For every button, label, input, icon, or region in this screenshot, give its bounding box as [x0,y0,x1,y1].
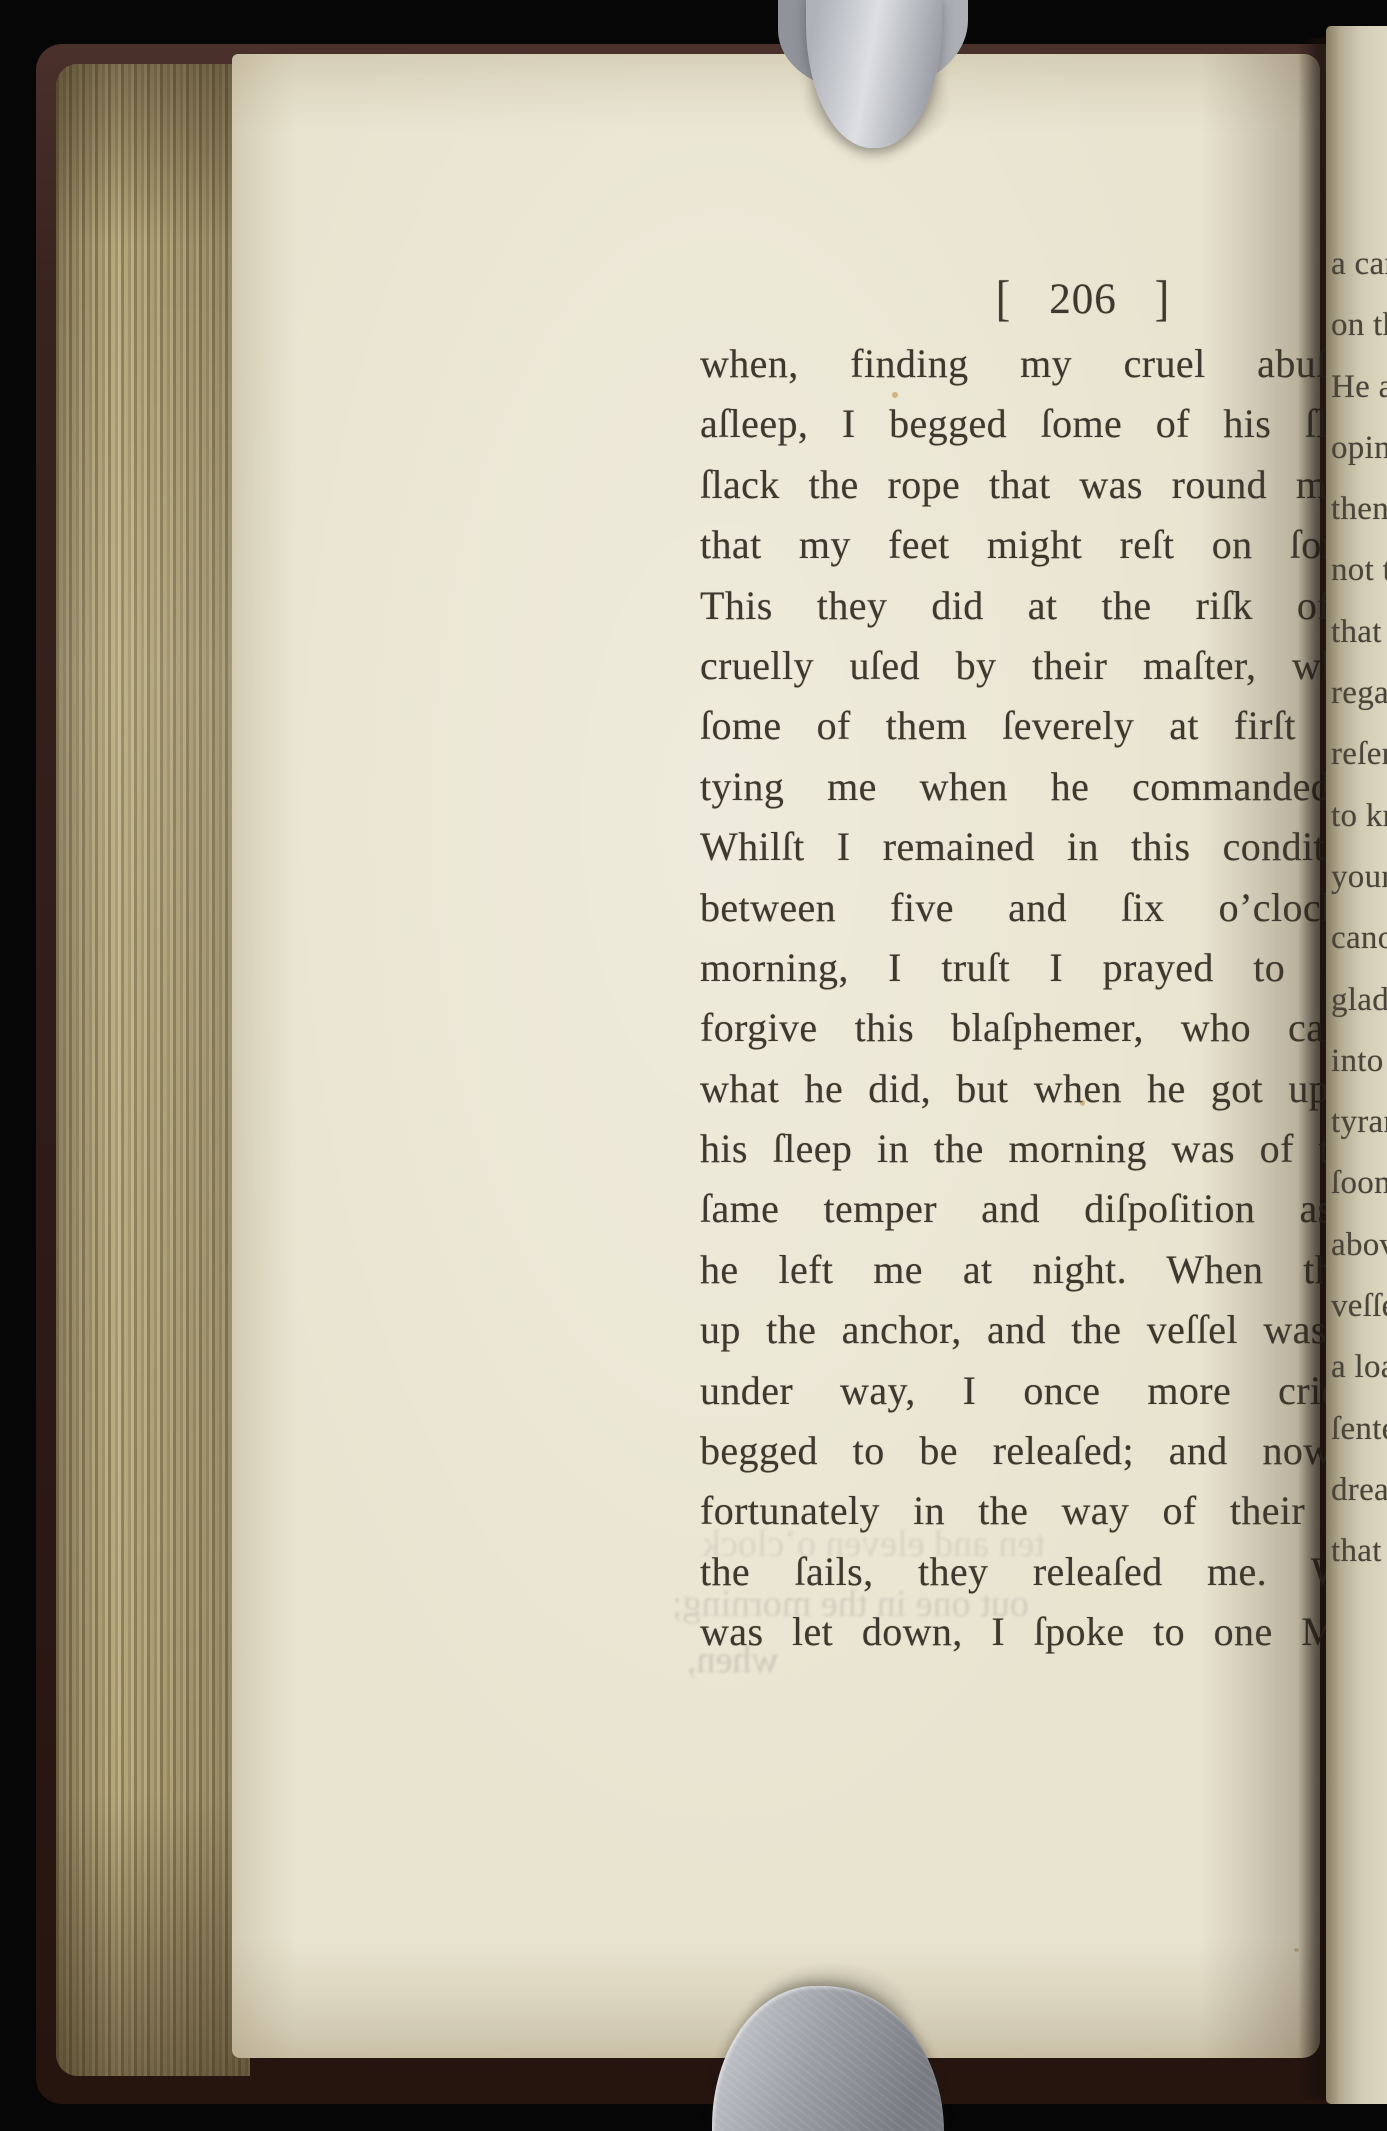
page-edge-fragment: opinion [1331,418,1387,479]
text-line: the ſails, they releaſed me. When I [700,1542,1387,1602]
text-line: ſome of them ſeverely at firſt for not [700,696,1387,756]
text-line: begged to be releaſed; and now, being [700,1421,1387,1481]
page-edge-fragment: that I [1331,602,1387,663]
page-edge-stack [56,64,250,2076]
page-edge-fragment: gladde [1331,970,1387,1031]
catchword: a car- [700,1663,1387,1723]
page-edge-fragment: then w [1331,479,1387,540]
text-line: fortunately in the way of their hoiſting [700,1481,1387,1541]
page-edge-fragment: dreadf [1331,1460,1387,1521]
page-number-header: [206] [700,274,1387,334]
text-line: his ſleep in the morning was of the very [700,1119,1387,1179]
text-line: ſame temper and diſpoſition as when [700,1179,1387,1239]
text-line: up the anchor, and the veſſel was gettin… [700,1300,1387,1360]
page-edge-fragment: He alſo [1331,357,1387,418]
text-line: forgive this blaſphemer, who cared not [700,998,1387,1058]
page-edge-fragment: canoe [1331,908,1387,969]
text-line: ſlack the rope that was round my body, [700,455,1387,515]
page-edge-fragment: not to [1331,540,1387,601]
text-line: when, finding my cruel abuſer faſt [700,334,1387,394]
page-edge-fragment: regard [1331,663,1387,724]
page-edge-fragment: tyrant [1331,1092,1387,1153]
text-line: aſleep, I begged ſome of his ſlaves to [700,394,1387,454]
page-edge-fragment: ſented [1331,1399,1387,1460]
page-edge-fragment: veſſel, [1331,1276,1387,1337]
text-line: what he did, but when he got up out of [700,1059,1387,1119]
book-scan-photo: ten and eleven o’clock out one in the mo… [0,0,1387,2131]
page-edge-fragment: to kn [1331,786,1387,847]
text-line: morning, I truſt I prayed to God to [700,938,1387,998]
header-close-bracket: ] [1155,270,1170,330]
text-line: Whilſt I remained in this condition, til… [700,817,1387,877]
text-line: under way, I once more cried and [700,1361,1387,1421]
page-edge-fragment: that in [1331,1521,1387,1582]
text-line: cruelly uſed by their maſter, who beat [700,636,1387,696]
page-edge-fragment: above [1331,1215,1387,1276]
text-block: [206] when, finding my cruel abuſer faſt… [700,274,1387,1723]
facing-page-text-fragments: a carpe on the He alſo opinion then w no… [1331,234,1387,1583]
facing-page-sliver: a carpe on the He alſo opinion then w no… [1326,26,1387,2104]
page-edge-fragment: a load [1331,1337,1387,1398]
text-line: that my feet might reſt on ſomething. [700,515,1387,575]
page-edge-fragment: on the [1331,295,1387,356]
text-line: was let down, I ſpoke to one Mr. Cox, [700,1602,1387,1662]
text-line: between five and ſix o’clock next [700,878,1387,938]
text-line: tying me when he commanded them. [700,757,1387,817]
page-number: 206 [1049,276,1117,323]
page-edge-fragment: into th [1331,1031,1387,1092]
page-edge-fragment: young [1331,847,1387,908]
page-edge-fragment: reſent [1331,724,1387,785]
text-line: he left me at night. When they got [700,1240,1387,1300]
page-edge-fragment: ſoon f [1331,1153,1387,1214]
header-open-bracket: [ [996,270,1011,330]
text-line: This they did at the riſk of being [700,576,1387,636]
page-edge-fragment: a carpe [1331,234,1387,295]
book-page-206: ten and eleven o’clock out one in the mo… [232,54,1320,2058]
